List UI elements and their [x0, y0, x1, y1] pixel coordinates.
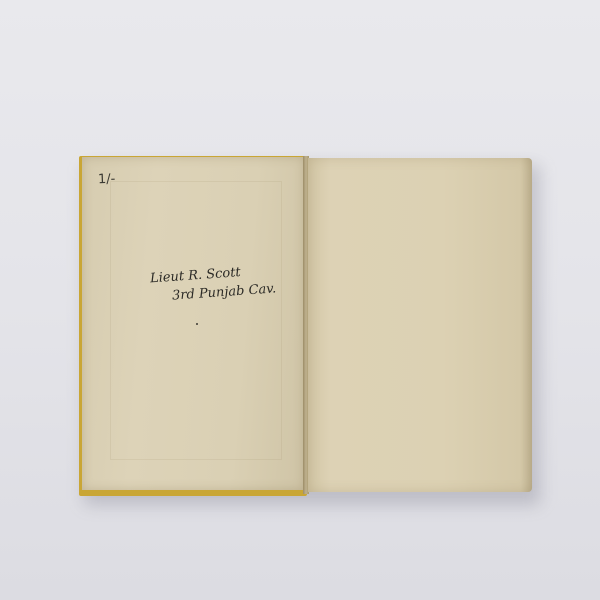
- faint-printed-border: [110, 181, 282, 460]
- price-mark: 1/-: [98, 172, 116, 188]
- ink-dot: [196, 323, 198, 325]
- ownership-inscription: Lieut R. Scott 3rd Punjab Cav.: [150, 266, 276, 302]
- left-page: [82, 157, 304, 490]
- right-page: [308, 158, 532, 492]
